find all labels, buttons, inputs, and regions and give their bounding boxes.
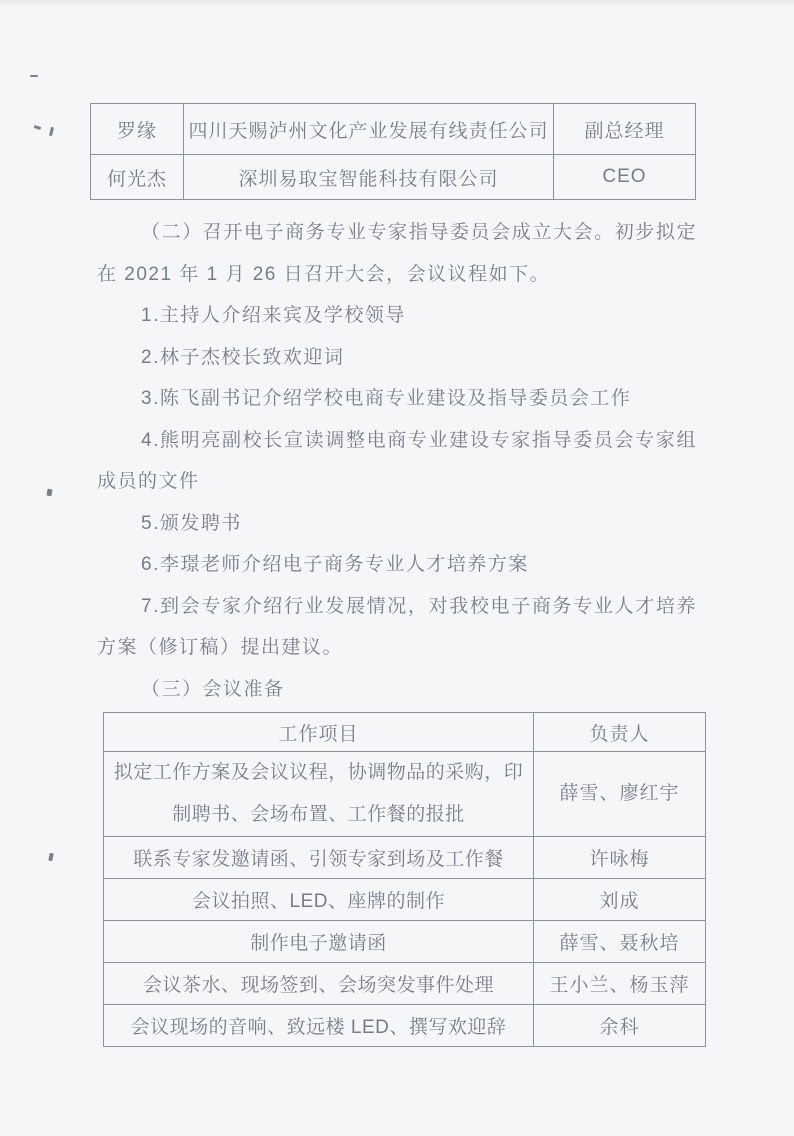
body-line: 在 2021 年 1 月 26 日召开大会，会议议程如下。 (97, 254, 697, 296)
column-header-task: 工作项目 (104, 713, 534, 752)
member-company-cell: 四川天赐泸州文化产业发展有线责任公司 (184, 104, 554, 155)
body-line: （二）召开电子商务专业专家指导委员会成立大会。初步拟定 (97, 212, 697, 254)
member-name-cell: 罗缘 (91, 104, 184, 155)
member-company-cell: 深圳易取宝智能科技有限公司 (184, 155, 554, 200)
table-row: 拟定工作方案及会议议程，协调物品的采购，印制聘书、会场布置、工作餐的报批 薛雪、… (104, 752, 706, 837)
document-body: （二）召开电子商务专业专家指导委员会成立大会。初步拟定 在 2021 年 1 月… (97, 212, 697, 710)
body-line: 2.林子杰校长致欢迎词 (97, 337, 697, 379)
task-cell: 制作电子邀请函 (104, 921, 534, 963)
task-cell: 会议现场的音响、致远楼 LED、撰写欢迎辞 (104, 1005, 534, 1047)
body-line: 4.熊明亮副校长宣读调整电商专业建设专家指导委员会专家组 (97, 420, 697, 462)
owner-cell: 许咏梅 (534, 837, 706, 879)
task-cell: 会议茶水、现场签到、会场突发事件处理 (104, 963, 534, 1005)
body-line: 方案（修订稿）提出建议。 (97, 627, 697, 669)
body-line: 5.颁发聘书 (97, 503, 697, 545)
scan-speck (46, 489, 52, 497)
member-name-cell: 何光杰 (91, 155, 184, 200)
scan-speck (49, 127, 54, 136)
table-row: 罗缘 四川天赐泸州文化产业发展有线责任公司 副总经理 (91, 104, 696, 155)
table-row: 制作电子邀请函 薛雪、聂秋培 (104, 921, 706, 963)
owner-cell: 薛雪、廖红宇 (534, 752, 706, 837)
body-line: 3.陈飞副书记介绍学校电商专业建设及指导委员会工作 (97, 378, 697, 420)
scan-speck (34, 125, 42, 130)
scanned-document-page: 罗缘 四川天赐泸州文化产业发展有线责任公司 副总经理 何光杰 深圳易取宝智能科技… (0, 0, 794, 1136)
body-line: 成员的文件 (97, 461, 697, 503)
table-row: 会议茶水、现场签到、会场突发事件处理 王小兰、杨玉萍 (104, 963, 706, 1005)
owner-cell: 薛雪、聂秋培 (534, 921, 706, 963)
scan-speck (30, 75, 38, 77)
scan-top-edge-shadow (0, 0, 794, 7)
table-row: 会议现场的音响、致远楼 LED、撰写欢迎辞 余科 (104, 1005, 706, 1047)
table-row: 何光杰 深圳易取宝智能科技有限公司 CEO (91, 155, 696, 200)
scan-speck (48, 853, 54, 862)
member-title-cell: 副总经理 (554, 104, 696, 155)
task-cell: 联系专家发邀请函、引领专家到场及工作餐 (104, 837, 534, 879)
body-line: 1.主持人介绍来宾及学校领导 (97, 295, 697, 337)
body-line: （三）会议准备 (97, 669, 697, 711)
column-header-owner: 负责人 (534, 713, 706, 752)
owner-cell: 刘成 (534, 879, 706, 921)
task-cell: 拟定工作方案及会议议程，协调物品的采购，印制聘书、会场布置、工作餐的报批 (104, 752, 534, 837)
member-title-cell: CEO (554, 155, 696, 200)
committee-members-table: 罗缘 四川天赐泸州文化产业发展有线责任公司 副总经理 何光杰 深圳易取宝智能科技… (90, 103, 696, 200)
table-row: 联系专家发邀请函、引领专家到场及工作餐 许咏梅 (104, 837, 706, 879)
table-header-row: 工作项目 负责人 (104, 713, 706, 752)
owner-cell: 余科 (534, 1005, 706, 1047)
table-row: 会议拍照、LED、座牌的制作 刘成 (104, 879, 706, 921)
owner-cell: 王小兰、杨玉萍 (534, 963, 706, 1005)
task-cell: 会议拍照、LED、座牌的制作 (104, 879, 534, 921)
meeting-preparation-table: 工作项目 负责人 拟定工作方案及会议议程，协调物品的采购，印制聘书、会场布置、工… (103, 712, 706, 1047)
body-line: 6.李璟老师介绍电子商务专业人才培养方案 (97, 544, 697, 586)
body-line: 7.到会专家介绍行业发展情况，对我校电子商务专业人才培养 (97, 586, 697, 628)
